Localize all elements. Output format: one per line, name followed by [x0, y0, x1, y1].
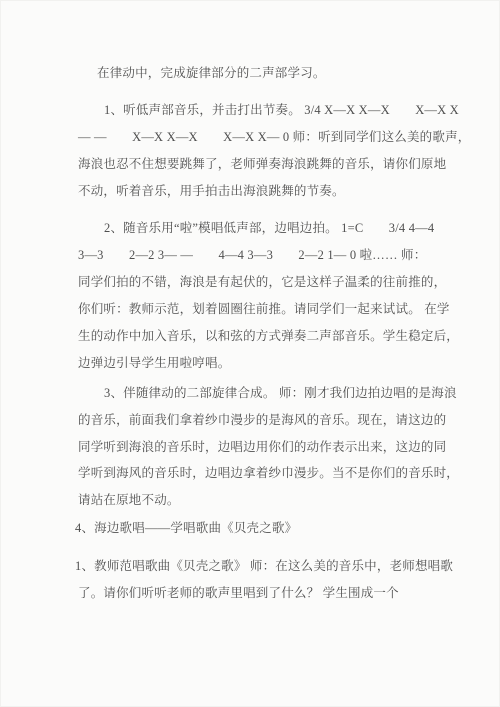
text-line: 你们听：教师示范，划着圆圈往前推。请同学们一起来试试。 在学 — [78, 302, 450, 317]
text-line: 的音乐，前面我们拿着纱巾漫步的是海风的音乐。现在，请这边的 — [78, 413, 446, 428]
text-line: — — X—X X—X X—X X— 0 师：听到同学们这么美的歌声， — [78, 130, 470, 145]
text-line: 同学听到海浪的音乐时，边唱边用你们的动作表示出来，这边的同 — [78, 440, 446, 455]
text-line: 请站在原地不动。 — [78, 493, 180, 508]
text-line: 同学们拍的不错，海浪是有起伏的，它是这样子温柔的往前推的， — [78, 275, 446, 290]
text-line: 3、伴随律动的二部旋律合成。 师：刚才我们边拍边唱的是海浪 — [104, 386, 457, 401]
text-line: 3—3 2—2 3— — 4—4 3—3 2—2 1— 0 啦…… 师： — [78, 248, 426, 263]
document-page: 在律动中，完成旋律部分的二声部学习。1、听低声部音乐，并击打出节奏。 3/4 X… — [0, 0, 500, 707]
text-line: 海浪也忍不住想要跳舞了，老师弹奏海浪跳舞的音乐，请你们原地 — [78, 157, 446, 172]
text-line: 1、教师范唱歌曲《贝壳之歌》 师：在这么美的音乐中，老师想唱歌 — [75, 559, 453, 574]
text-line: 边弹边引导学生用啦哼唱。 — [78, 356, 230, 371]
text-line: 不动，听着音乐，用手拍击出海浪跳舞的节奏。 — [78, 184, 345, 199]
text-line: 1、听低声部音乐，并击打出节奏。 3/4 X—X X—X X—X X — [104, 103, 459, 118]
text-line: 了。请你们听听老师的歌声里唱到了什么？ 学生围成一个 — [78, 586, 399, 601]
text-line: 在律动中，完成旋律部分的二声部学习。 — [97, 66, 326, 81]
text-line: 生的动作中加入音乐，以和弦的方式弹奏二声部音乐。学生稳定后， — [78, 329, 459, 344]
text-line: 4、海边歌唱——学唱歌曲《贝壳之歌》 — [75, 521, 297, 536]
text-line: 学听到海风的音乐时，边唱边拿着纱巾漫步。当不是你们的音乐时， — [78, 466, 459, 481]
text-line: 2、随音乐用“啦”模唱低声部，边唱边拍。 1=C 3/4 4—4 — [104, 221, 434, 236]
